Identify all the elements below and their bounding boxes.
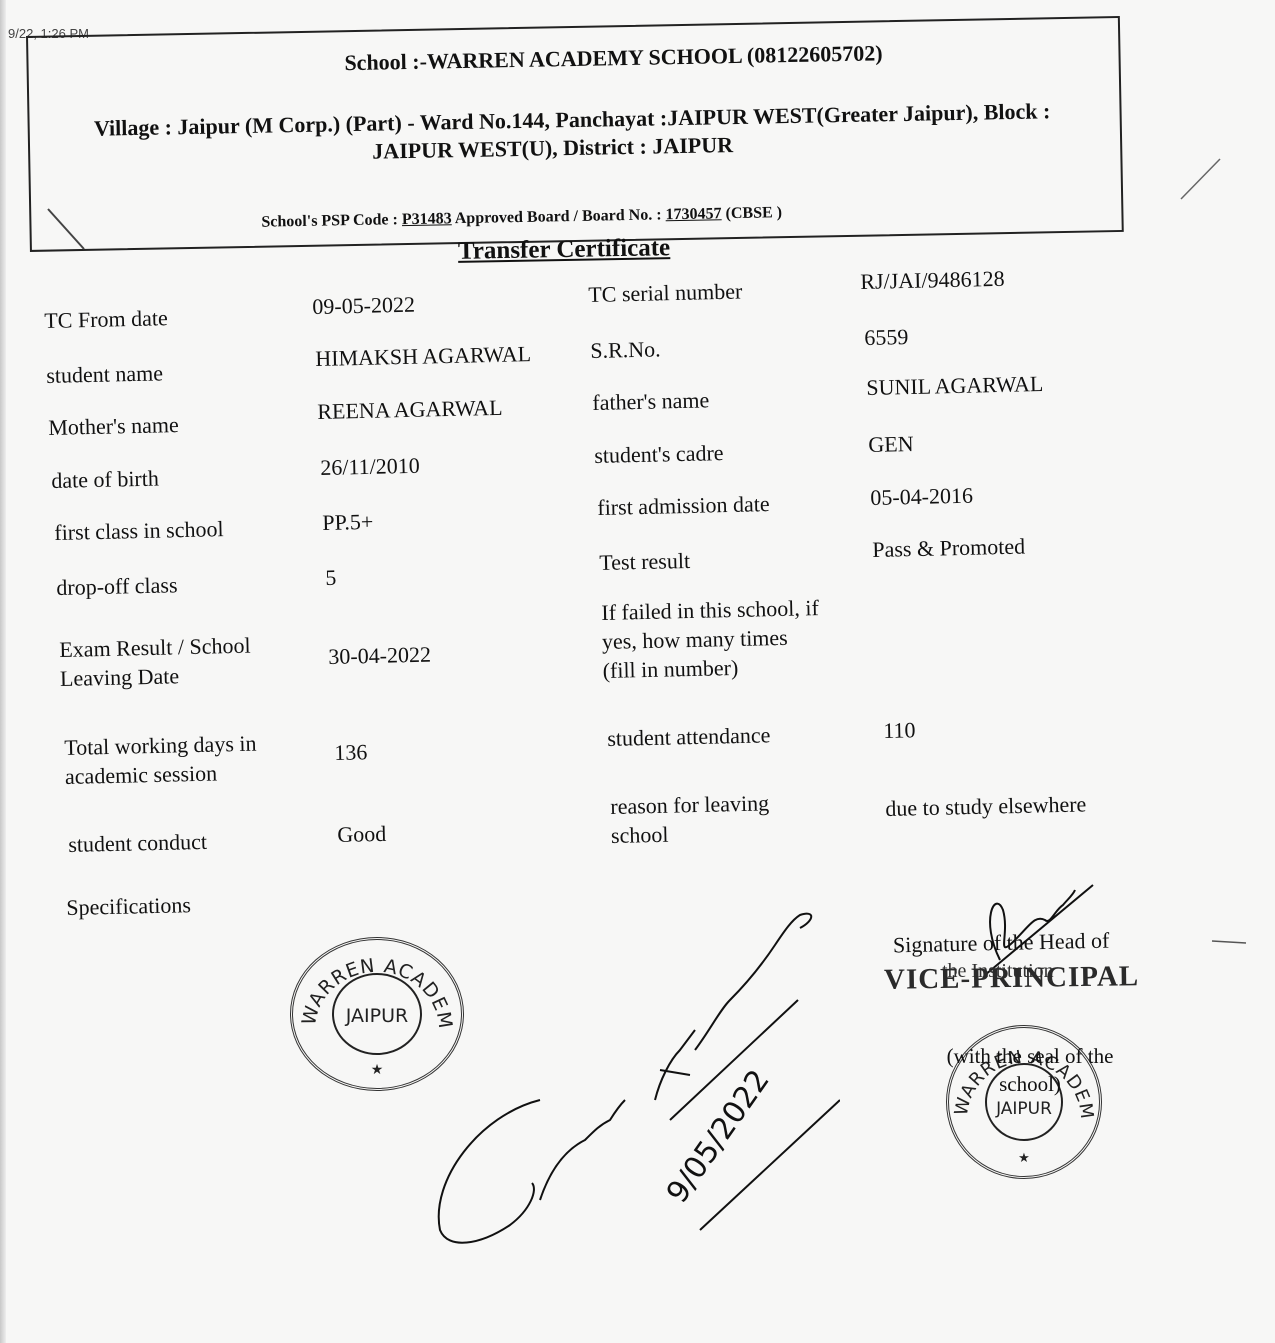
field-label: Total working days in academic session	[64, 729, 257, 791]
field-value: 5	[325, 563, 337, 592]
field-label: student's cadre	[594, 438, 724, 470]
field-value: GEN	[868, 429, 914, 459]
field-value: 05-04-2016	[870, 481, 973, 512]
field-label: father's name	[592, 385, 710, 417]
field-value: 26/11/2010	[320, 451, 420, 482]
field-value: PP.5+	[322, 507, 374, 537]
field-label: student conduct	[68, 827, 207, 859]
field-value: 136	[334, 737, 368, 767]
field-label: Mother's name	[48, 410, 179, 442]
field-value: SUNIL AGARWAL	[866, 369, 1044, 402]
field-label: reason for leaving school	[610, 788, 770, 850]
svg-text:★: ★	[1018, 1150, 1030, 1165]
field-label: first admission date	[597, 489, 770, 522]
svg-text:★: ★	[371, 1063, 384, 1078]
field-label: Exam Result / School Leaving Date	[59, 631, 252, 693]
svg-text:JAIPUR: JAIPUR	[345, 1005, 408, 1027]
field-label: S.R.No.	[590, 334, 661, 365]
signature-head-label: Signature of the Head of	[893, 928, 1110, 959]
field-value: RJ/JAI/9486128	[860, 264, 1005, 296]
svg-text:JAIPUR: JAIPUR	[995, 1099, 1052, 1119]
field-label: If failed in this school, if yes, how ma…	[601, 593, 820, 685]
seal-note: (with the seal of the school)	[920, 1042, 1140, 1098]
field-label: first class in school	[54, 514, 224, 547]
field-value: 110	[883, 715, 916, 745]
field-label: Test result	[599, 546, 690, 577]
field-label: date of birth	[51, 464, 159, 495]
parent-handwritten-signature: 9/05/2022	[420, 900, 840, 1260]
field-label: TC From date	[44, 303, 168, 335]
field-value: 09-05-2022	[312, 290, 415, 321]
field-label: student attendance	[607, 720, 771, 753]
field-value: due to study elsewhere	[885, 789, 1087, 823]
field-label: Specifications	[66, 890, 191, 922]
field-value: Good	[337, 819, 387, 849]
transfer-certificate-page: 9/22, 1:26 PM School :-WARREN ACADEMY SC…	[0, 0, 1275, 1343]
field-label: drop-off class	[56, 570, 178, 602]
field-value: 30-04-2022	[328, 640, 431, 671]
field-value: REENA AGARWAL	[317, 393, 503, 426]
vice-principal-stamp: VICE-PRINCIPAL	[884, 960, 1140, 997]
field-label: student name	[46, 358, 163, 390]
field-value: 6559	[864, 322, 909, 352]
field-value: HIMAKSH AGARWAL	[315, 339, 531, 373]
field-label: TC serial number	[588, 277, 743, 309]
svg-text:9/05/2022: 9/05/2022	[660, 1064, 777, 1210]
field-value: Pass & Promoted	[872, 532, 1025, 564]
